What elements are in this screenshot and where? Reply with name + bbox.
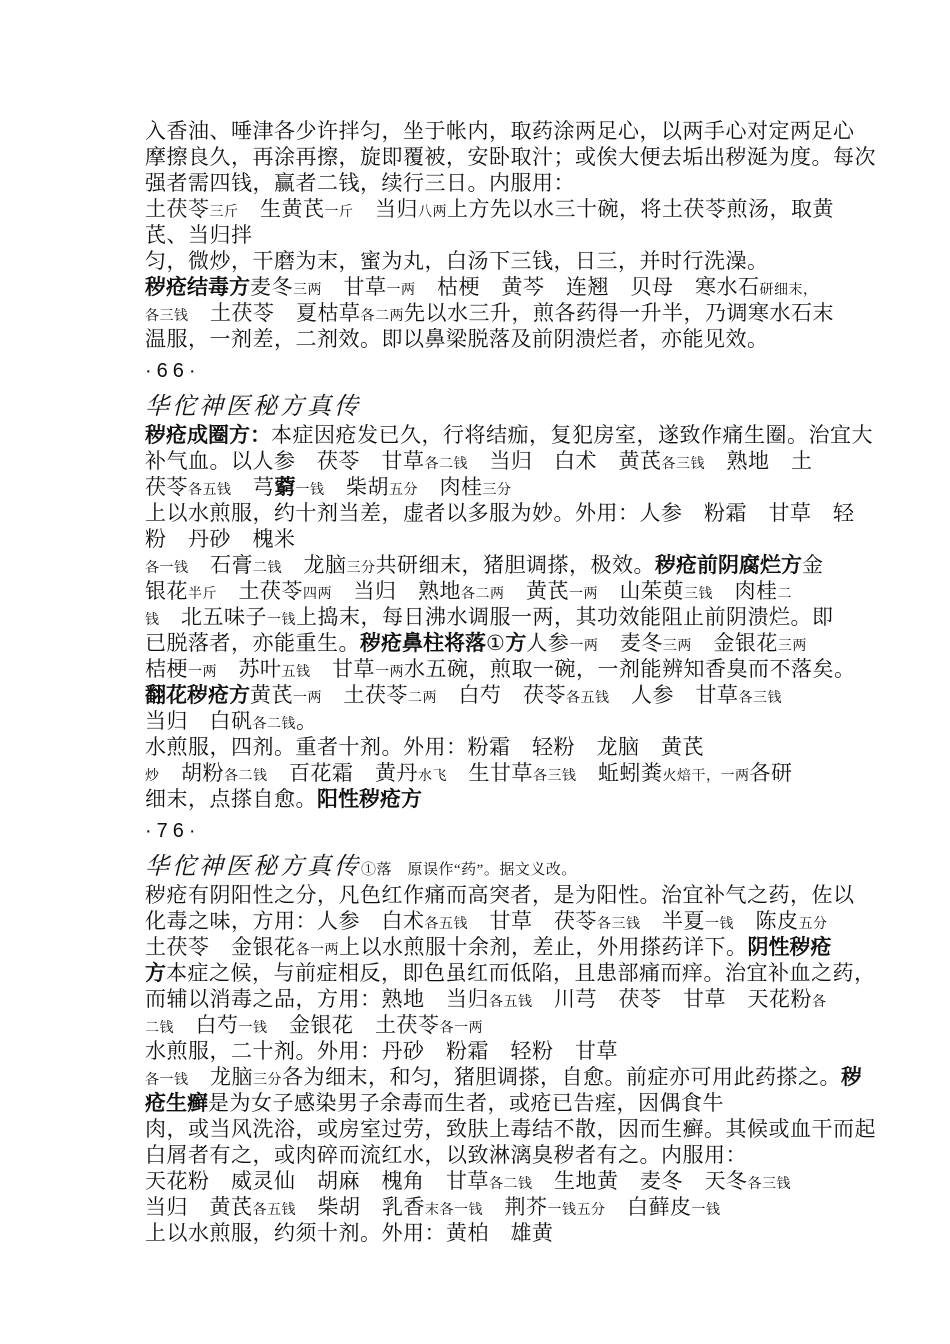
body-text: 当归 白矾 bbox=[145, 709, 253, 733]
dosage-annotation: 一钱 bbox=[296, 483, 325, 498]
dosage-annotation: 各一钱 bbox=[145, 1073, 189, 1088]
dosage-annotation: 一两 bbox=[375, 665, 404, 680]
text-line: 秽疮结毒方麦冬三两 甘草一两 枯梗 黄芩 连翘 贝母 寒水石研细末， bbox=[145, 274, 835, 300]
body-text: 白芍 bbox=[174, 1013, 239, 1037]
prescription-heading: 秽疮鼻柱将落 bbox=[360, 632, 486, 655]
dosage-annotation: 三分 bbox=[483, 483, 512, 498]
body-text: 本症因疮发已久，行将结痂，复犯房室，遂致作痛生圈。治宜大 bbox=[271, 423, 873, 447]
book-title-header: 华佗神医秘方真传①落 原误作“药”。据文义改。 bbox=[145, 852, 835, 882]
dosage-annotation: 火焙干，一两 bbox=[663, 769, 750, 784]
body-text: 上以水煎服，约须十剂。外用：黄柏 雄黄 bbox=[145, 1221, 554, 1245]
body-text: 上以水煎服，约十剂当差，虚者以多服为妙。外用：人参 粉霜 甘草 轻 bbox=[145, 501, 855, 525]
body-text: 石膏 bbox=[189, 553, 254, 577]
dosage-annotation: 一钱 bbox=[267, 613, 296, 628]
body-text: 土茯苓 金银花 bbox=[145, 935, 296, 959]
text-line: 天花粉 威灵仙 胡麻 槐角 甘草各二钱 生地黄 麦冬 天冬各三钱 bbox=[145, 1168, 835, 1194]
text-line: 温服，一剂差，二剂效。即以鼻梁脱落及前阴溃烂者，亦能见效。 bbox=[145, 326, 835, 352]
body-text: 金银花 bbox=[692, 631, 778, 655]
body-text: 秽疮有阴阳性之分，凡色红作痛而高突者，是为阳性。治宜补气之药，佐以 bbox=[145, 883, 855, 907]
body-text: 入香油、唾津各少许拌匀，坐于帐内，取药涂两足心，以两手心对定两足心 bbox=[145, 119, 855, 143]
dosage-annotation: 五分 bbox=[389, 483, 418, 498]
dosage-annotation: 各五钱 bbox=[425, 917, 469, 932]
body-text: 当归 bbox=[354, 197, 419, 221]
footnote-text: ①落 原误作“药”。据文义改。 bbox=[361, 862, 577, 878]
dosage-annotation: 一两 bbox=[569, 639, 598, 654]
prescription-heading: 秽疮前阴腐烂方 bbox=[655, 554, 802, 577]
prescription-heading: 翻花秽疮方 bbox=[145, 684, 250, 707]
body-text: 枯梗 黄芩 连翘 贝母 寒水石 bbox=[416, 275, 760, 299]
dosage-annotation: 各一两 bbox=[296, 943, 340, 958]
body-text: 化毒之味，方用：人参 白术 bbox=[145, 909, 425, 933]
dosage-annotation: 一钱五分 bbox=[548, 1203, 606, 1218]
dosage-annotation: 一两 bbox=[293, 691, 322, 706]
body-text: 土茯苓 bbox=[322, 683, 408, 707]
body-text: 龙脑 bbox=[282, 553, 347, 577]
body-text: 粉 丹砂 槐米 bbox=[145, 527, 296, 551]
body-text: 金 bbox=[802, 553, 824, 577]
body-text: 水煎服，四剂。重者十剂。外用：粉霜 轻粉 龙脑 黄芪 bbox=[145, 735, 704, 759]
body-text: 土茯苓 bbox=[217, 579, 303, 603]
dosage-annotation: 三分 bbox=[253, 1073, 282, 1088]
text-line: 茯苓各五钱 芎藭一钱 柴胡五分 肉桂三分 bbox=[145, 474, 835, 500]
body-text: 肉桂 bbox=[713, 579, 778, 603]
body-text: 当归 白术 黄芪 bbox=[468, 449, 662, 473]
body-text: 柴胡 乳香 bbox=[296, 1195, 425, 1219]
body-text: 甘草 bbox=[311, 657, 376, 681]
dosage-annotation: 二钱 bbox=[145, 1021, 174, 1036]
body-text: 蚯蚓粪 bbox=[577, 761, 663, 785]
dosage-annotation: 各一钱 bbox=[145, 561, 189, 576]
body-text: 麦冬 bbox=[598, 631, 663, 655]
body-text: 川芎 茯苓 甘草 天花粉 bbox=[533, 987, 813, 1011]
text-line: 桔梗一两 苏叶五钱 甘草一两水五碗，煎取一碗，一剂能辨知香臭而不落矣。 bbox=[145, 656, 835, 682]
body-text: 温服，一剂差，二剂效。即以鼻梁脱落及前阴溃烂者，亦能见效。 bbox=[145, 327, 769, 351]
body-text: 白藓皮 bbox=[606, 1195, 692, 1219]
dosage-annotation: 三钱 bbox=[684, 587, 713, 602]
body-text: 胡粉 bbox=[160, 761, 225, 785]
body-text: 。 bbox=[296, 709, 318, 733]
dosage-annotation: 一钱 bbox=[705, 917, 734, 932]
text-line: 各一钱 石膏二钱 龙脑三分共研细末，猪胆调搽，极效。秽疮前阴腐烂方金 bbox=[145, 552, 835, 578]
body-text: 芎 bbox=[232, 475, 275, 499]
body-text: 是为女子感染男子余毒而生者，或疮已告痓，因偶食牛 bbox=[208, 1091, 724, 1115]
text-line: 肉，或当风洗浴，或房室过劳，致肤上毒结不散，因而生癣。其候或血干而起 bbox=[145, 1116, 835, 1142]
text-line: 土茯苓三斤 生黄芪一斤 当归八两上方先以水三十碗，将土茯苓煎汤，取黄 bbox=[145, 196, 835, 222]
dosage-annotation: 各 bbox=[812, 995, 827, 1010]
dosage-annotation: 八两 bbox=[418, 205, 447, 220]
body-text: 上方先以水三十碗，将土茯苓煎汤，取黄 bbox=[447, 197, 834, 221]
dosage-annotation: 五钱 bbox=[282, 665, 311, 680]
body-text: 补气血。以人参 茯苓 甘草 bbox=[145, 449, 425, 473]
text-line: 强者需四钱，赢者二钱，续行三日。内服用： bbox=[145, 170, 835, 196]
body-text: 陈皮 bbox=[734, 909, 799, 933]
dosage-annotation: 三两 bbox=[293, 283, 322, 298]
body-text: 茯苓 bbox=[145, 475, 188, 499]
text-line: 银花半斤 土茯苓四两 当归 熟地各二两 黄芪一两 山茱萸三钱 肉桂二 bbox=[145, 578, 835, 604]
body-text: 当归 熟地 bbox=[332, 579, 461, 603]
body-text: 匀，微炒，干磨为末，蜜为丸，白汤下三钱，日三，并时行洗澡。 bbox=[145, 249, 769, 273]
text-line: 疮生癣是为女子感染男子余毒而生者，或疮已告痓，因偶食牛 bbox=[145, 1090, 835, 1116]
dosage-annotation: 各二两 bbox=[461, 587, 505, 602]
prescription-heading: 阳性秽疮方 bbox=[317, 788, 422, 811]
text-line: 当归 黄芪各五钱 柴胡 乳香末各一钱 荆芥一钱五分 白藓皮一钱 bbox=[145, 1194, 835, 1220]
dosage-annotation: 水飞 bbox=[418, 769, 447, 784]
dosage-annotation: 各三钱 bbox=[662, 457, 706, 472]
dosage-annotation: 各五钱 bbox=[566, 691, 610, 706]
text-line: 方本症之候，与前症相反，即色虽红而低陷，且患部痛而痒。治宜补血之药， bbox=[145, 960, 835, 986]
text-line: 入香油、唾津各少许拌匀，坐于帐内，取药涂两足心，以两手心对定两足心 bbox=[145, 118, 835, 144]
text-line: 上以水煎服，约须十剂。外用：黄柏 雄黄 bbox=[145, 1220, 835, 1246]
dosage-annotation: 三斤 bbox=[210, 205, 239, 220]
book-title-text: 华佗神医秘方真传 bbox=[145, 394, 361, 420]
book-title-header: 华佗神医秘方真传 bbox=[145, 392, 835, 422]
body-text: 银花 bbox=[145, 579, 188, 603]
dosage-annotation: 一斤 bbox=[325, 205, 354, 220]
dosage-annotation: 四两 bbox=[303, 587, 332, 602]
text-line: 已脱落者，亦能重生。秽疮鼻柱将落①方人参一两 麦冬三两 金银花三两 bbox=[145, 630, 835, 656]
prescription-heading: 阴性秽疮 bbox=[748, 936, 832, 959]
body-text: 金银花 土茯苓 bbox=[268, 1013, 440, 1037]
text-line: 粉 丹砂 槐米 bbox=[145, 526, 835, 552]
text-line: 钱 北五味子一钱上捣末，每日沸水调服一两，其功效能阻止前阴溃烂。即 bbox=[145, 604, 835, 630]
dosage-annotation: 一两 bbox=[188, 665, 217, 680]
dosage-annotation: 末各一钱 bbox=[425, 1203, 483, 1218]
body-text: 半夏 bbox=[641, 909, 706, 933]
page-number: ·66· bbox=[145, 358, 835, 384]
dosage-annotation: 二两 bbox=[408, 691, 437, 706]
text-line: 匀，微炒，干磨为末，蜜为丸，白汤下三钱，日三，并时行洗澡。 bbox=[145, 248, 835, 274]
body-text: 北五味子 bbox=[160, 605, 268, 629]
body-text: 桔梗 bbox=[145, 657, 188, 681]
body-text: 肉桂 bbox=[418, 475, 483, 499]
body-text: 已脱落者，亦能重生。 bbox=[145, 631, 360, 655]
body-text: 柴胡 bbox=[325, 475, 390, 499]
text-line: 秽疮成圈方：本症因疮发已久，行将结痂，复犯房室，遂致作痛生圈。治宜大 bbox=[145, 422, 835, 448]
body-text: 水煎服，二十剂。外用：丹砂 粉霜 轻粉 甘草 bbox=[145, 1039, 618, 1063]
dosage-annotation: 各三钱 bbox=[597, 917, 641, 932]
dosage-annotation: 一钱 bbox=[239, 1021, 268, 1036]
page-number: ·76· bbox=[145, 818, 835, 844]
prescription-heading: 藭 bbox=[275, 476, 296, 499]
dosage-annotation: 各五钱 bbox=[188, 483, 232, 498]
text-line: 化毒之味，方用：人参 白术各五钱 甘草 茯苓各三钱 半夏一钱 陈皮五分 bbox=[145, 908, 835, 934]
text-line: 上以水煎服，约十剂当差，虚者以多服为妙。外用：人参 粉霜 甘草 轻 bbox=[145, 500, 835, 526]
body-text: 苏叶 bbox=[217, 657, 282, 681]
text-line: 摩擦良久，再涂再擦，旋即覆被，安卧取汁；或俟大便去垢出秽涎为度。每次 bbox=[145, 144, 835, 170]
dosage-annotation: 一两 bbox=[387, 283, 416, 298]
body-text: 生地黄 麦冬 天冬 bbox=[533, 1169, 748, 1193]
document-page: 入香油、唾津各少许拌匀，坐于帐内，取药涂两足心，以两手心对定两足心摩擦良久，再涂… bbox=[0, 0, 835, 1246]
dosage-annotation: 二 bbox=[778, 587, 793, 602]
text-line: 各一钱 龙脑三分各为细末，和匀，猪胆调搽，自愈。前症亦可用此药搽之。秽 bbox=[145, 1064, 835, 1090]
text-line: 白屑者有之，或肉碎而流红水，以致淋漓臭秽者有之。内服用： bbox=[145, 1142, 835, 1168]
body-text: 当归 黄芪 bbox=[145, 1195, 253, 1219]
body-text: 土茯苓 夏枯草 bbox=[189, 301, 361, 325]
body-text: 黄芪 bbox=[505, 579, 570, 603]
text-line: 水煎服，二十剂。外用：丹砂 粉霜 轻粉 甘草 bbox=[145, 1038, 835, 1064]
dosage-annotation: 各二两 bbox=[361, 309, 405, 324]
text-line: 细末，点搽自愈。阳性秽疮方 bbox=[145, 786, 835, 812]
prescription-heading: 疮生癣 bbox=[145, 1092, 208, 1115]
dosage-annotation: 二钱 bbox=[253, 561, 282, 576]
dosage-annotation: 各二钱 bbox=[425, 457, 469, 472]
dosage-annotation: 半斤 bbox=[188, 587, 217, 602]
body-text: 人参 bbox=[526, 631, 569, 655]
body-text: 细末，点搽自愈。 bbox=[145, 787, 317, 811]
dosage-annotation: 各二钱 bbox=[253, 717, 297, 732]
body-text: 摩擦良久，再涂再擦，旋即覆被，安卧取汁；或俟大便去垢出秽涎为度。每次 bbox=[145, 145, 876, 169]
dosage-annotation: 各一两 bbox=[440, 1021, 484, 1036]
dosage-annotation: 一两 bbox=[569, 587, 598, 602]
dosage-annotation: 各二钱 bbox=[224, 769, 268, 784]
prescription-heading: 秽疮结毒方 bbox=[145, 276, 250, 299]
dosage-annotation: 各三钱 bbox=[533, 769, 577, 784]
dosage-annotation: 各三钱 bbox=[145, 309, 189, 324]
text-line: 补气血。以人参 茯苓 甘草各二钱 当归 白术 黄芪各三钱 熟地 土 bbox=[145, 448, 835, 474]
body-text: 本症之候，与前症相反，即色虽红而低陷，且患部痛而痒。治宜补血之药， bbox=[166, 961, 876, 985]
text-line: 秽疮有阴阳性之分，凡色红作痛而高突者，是为阳性。治宜补气之药，佐以 bbox=[145, 882, 835, 908]
body-text: 白屑者有之，或肉碎而流红水，以致淋漓臭秽者有之。内服用： bbox=[145, 1143, 747, 1167]
dosage-annotation: 五分 bbox=[799, 917, 828, 932]
dosage-annotation: 炒 bbox=[145, 769, 160, 784]
prescription-heading: 秽 bbox=[841, 1066, 862, 1089]
body-text: 甘草 bbox=[322, 275, 387, 299]
body-text: 熟地 土 bbox=[705, 449, 813, 473]
body-text: 肉，或当风洗浴，或房室过劳，致肤上毒结不散，因而生癣。其候或血干而起 bbox=[145, 1117, 876, 1141]
dosage-annotation: 研细末， bbox=[760, 283, 818, 298]
dosage-annotation: 三两 bbox=[778, 639, 807, 654]
text-line: 二钱 白芍一钱 金银花 土茯苓各一两 bbox=[145, 1012, 835, 1038]
prescription-heading: 秽疮成圈方： bbox=[145, 424, 271, 447]
body-text: 山茱萸 bbox=[598, 579, 684, 603]
body-text: 上以水煎服十余剂，差止，外用搽药详下。 bbox=[339, 935, 748, 959]
dosage-annotation: 钱 bbox=[145, 613, 160, 628]
dosage-annotation: 三两 bbox=[663, 639, 692, 654]
body-text: 上捣末，每日沸水调服一两，其功效能阻止前阴溃烂。即 bbox=[296, 605, 834, 629]
body-text: 麦冬 bbox=[250, 275, 293, 299]
text-line: 而辅以消毒之品，方用：熟地 当归各五钱 川芎 茯苓 甘草 天花粉各 bbox=[145, 986, 835, 1012]
body-text: 芪、当归拌 bbox=[145, 223, 253, 247]
text-line: 水煎服，四剂。重者十剂。外用：粉霜 轻粉 龙脑 黄芪 bbox=[145, 734, 835, 760]
body-text: 甘草 茯苓 bbox=[468, 909, 597, 933]
dosage-annotation: 各五钱 bbox=[253, 1203, 297, 1218]
text-line: 当归 白矾各二钱。 bbox=[145, 708, 835, 734]
book-title-text: 华佗神医秘方真传 bbox=[145, 854, 361, 880]
body-text: 龙脑 bbox=[189, 1065, 254, 1089]
dosage-annotation: 各二钱 bbox=[489, 1177, 533, 1192]
dosage-annotation: 各三钱 bbox=[748, 1177, 792, 1192]
body-text: 人参 甘草 bbox=[610, 683, 739, 707]
body-text: 黄芪 bbox=[250, 683, 293, 707]
text-line: 各三钱 土茯苓 夏枯草各二两先以水三升，煎各药得一升半，乃调寒水石末 bbox=[145, 300, 835, 326]
body-text: 天花粉 威灵仙 胡麻 槐角 甘草 bbox=[145, 1169, 489, 1193]
body-text: 荆芥 bbox=[483, 1195, 548, 1219]
body-text: 各研 bbox=[750, 761, 793, 785]
body-text: 白芍 茯苓 bbox=[437, 683, 566, 707]
dosage-annotation: 各三钱 bbox=[739, 691, 783, 706]
dosage-annotation: 各五钱 bbox=[489, 995, 533, 1010]
text-line: 翻花秽疮方黄芪一两 土茯苓二两 白芍 茯苓各五钱 人参 甘草各三钱 bbox=[145, 682, 835, 708]
body-text: 生黄芪 bbox=[239, 197, 325, 221]
text-line: 芪、当归拌 bbox=[145, 222, 835, 248]
body-text: ① bbox=[486, 631, 505, 655]
body-text: 各为细末，和匀，猪胆调搽，自愈。前症亦可用此药搽之。 bbox=[282, 1065, 841, 1089]
body-text: 百花霜 黄丹 bbox=[268, 761, 419, 785]
body-text: 生甘草 bbox=[447, 761, 533, 785]
body-text: 强者需四钱，赢者二钱，续行三日。内服用： bbox=[145, 171, 575, 195]
body-text: 先以水三升，煎各药得一升半，乃调寒水石末 bbox=[404, 301, 834, 325]
body-text: 而辅以消毒之品，方用：熟地 当归 bbox=[145, 987, 489, 1011]
prescription-heading: 方 bbox=[505, 632, 526, 655]
dosage-annotation: 一钱 bbox=[692, 1203, 721, 1218]
dosage-annotation: 三分 bbox=[347, 561, 376, 576]
text-line: 土茯苓 金银花各一两上以水煎服十余剂，差止，外用搽药详下。阴性秽疮 bbox=[145, 934, 835, 960]
body-text: 共研细末，猪胆调搽，极效。 bbox=[376, 553, 656, 577]
body-text: 水五碗，煎取一碗，一剂能辨知香臭而不落矣。 bbox=[404, 657, 856, 681]
text-line: 炒 胡粉各二钱 百花霜 黄丹水飞 生甘草各三钱 蚯蚓粪火焙干，一两各研 bbox=[145, 760, 835, 786]
prescription-heading: 方 bbox=[145, 962, 166, 985]
body-text: 土茯苓 bbox=[145, 197, 210, 221]
